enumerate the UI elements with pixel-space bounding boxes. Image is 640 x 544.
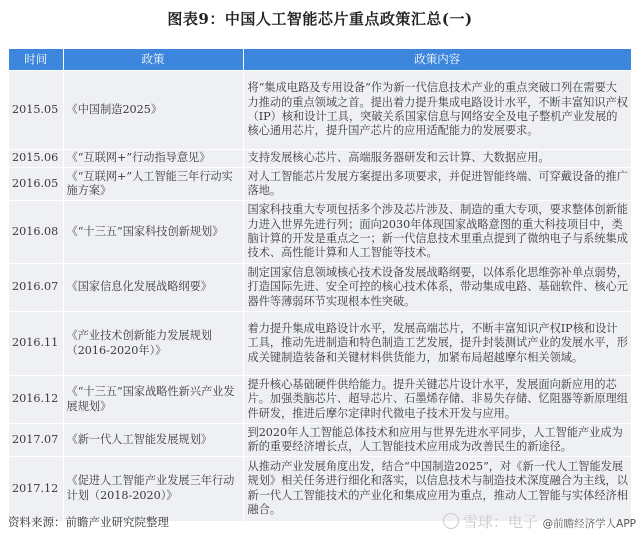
cell-content: 提升核心基础硬件供给能力。提升关键芯片设计水平，发展面向新应用的芯片。加强类脑芯… [243,376,631,424]
cell-content: 支持发展核心芯片、高端服务器研发和云计算、大数据应用。 [243,150,631,168]
table-row: 2016.07 《国家信息化发展战略纲要》 制定国家信息领域核心技术设备发展战略… [9,264,631,312]
cell-content: 国家科技重大专项包括多个涉及芯片涉及、制造的重大专项，要求整体创新能力进入世界先… [243,201,631,264]
cell-policy: 《“十三五”国家战略性新兴产业发展规划》 [63,376,243,424]
cell-time: 2016.08 [9,201,63,264]
source-note: 资料来源：前瞻产业研究院整理 [8,514,169,530]
header-policy: 政策 [63,49,243,71]
cell-content: 到2020年人工智能总体技术和应用与世界先进水平同步，人工智能产业成为新的重要经… [243,424,631,457]
cell-time: 2016.12 [9,376,63,424]
cell-time: 2016.11 [9,312,63,376]
snowball-logo-icon [443,513,459,529]
cell-policy: 《中国制造2025》 [63,71,243,150]
table-row: 2016.05 《“互联网+”人工智能三年行动实施方案》 对人工智能芯片发展方案… [9,168,631,201]
watermark-text: 雪球：电子 [463,513,538,531]
cell-policy: 《产业技术创新能力发展规划（2016-2020年）》 [63,312,243,376]
cell-time: 2016.07 [9,264,63,312]
cell-time: 2015.05 [9,71,63,150]
cell-policy: 《“互联网+”人工智能三年行动实施方案》 [63,168,243,201]
chart-title: 图表9：中国人工智能芯片重点政策汇总(一) [0,8,640,29]
cell-time: 2017.07 [9,424,63,457]
table-row: 2015.05 《中国制造2025》 将“集成电路及专用设备”作为新一代信息技术… [9,71,631,150]
table-header-row: 时间 政策 政策内容 [9,49,631,71]
cell-policy: 《“互联网+”行动指导意见》 [63,150,243,168]
cell-content: 对人工智能芯片发展方案提出多项要求，并促进智能终端、可穿戴设备的推广落地。 [243,168,631,201]
policy-table: 时间 政策 政策内容 2015.05 《中国制造2025》 将“集成电路及专用设… [9,49,631,521]
cell-policy: 《新一代人工智能发展规划》 [63,424,243,457]
cell-content: 制定国家信息领域核心技术设备发展战略纲要，以体系化思维弥补单点弱势，打造国际先进… [243,264,631,312]
cell-policy: 《国家信息化发展战略纲要》 [63,264,243,312]
attribution-text: @前瞻经济学人APP [543,518,636,530]
cell-content: 着力提升集成电路设计水平，发展高端芯片，不断丰富知识产权IP核和设计工具，推动先… [243,312,631,376]
cell-policy: 《促进人工智能产业发展三年行动计划（2018-2020）》 [63,457,243,521]
header-content: 政策内容 [243,49,631,71]
header-time: 时间 [9,49,63,71]
table-row: 2017.07 《新一代人工智能发展规划》 到2020年人工智能总体技术和应用与… [9,424,631,457]
table-row: 2016.11 《产业技术创新能力发展规划（2016-2020年）》 着力提升集… [9,312,631,376]
cell-content: 将“集成电路及专用设备”作为新一代信息技术产业的重点突破口列在需要大力推动的重点… [243,71,631,150]
table-row: 2015.06 《“互联网+”行动指导意见》 支持发展核心芯片、高端服务器研发和… [9,150,631,168]
cell-time: 2016.05 [9,168,63,201]
cell-time: 2017.12 [9,457,63,521]
table-row: 2016.12 《“十三五”国家战略性新兴产业发展规划》 提升核心基础硬件供给能… [9,376,631,424]
cell-time: 2015.06 [9,150,63,168]
table-row: 2016.08 《“十三五”国家科技创新规划》 国家科技重大专项包括多个涉及芯片… [9,201,631,264]
cell-policy: 《“十三五”国家科技创新规划》 [63,201,243,264]
watermark: 雪球：电子 @前瞻经济学人APP [443,511,636,532]
